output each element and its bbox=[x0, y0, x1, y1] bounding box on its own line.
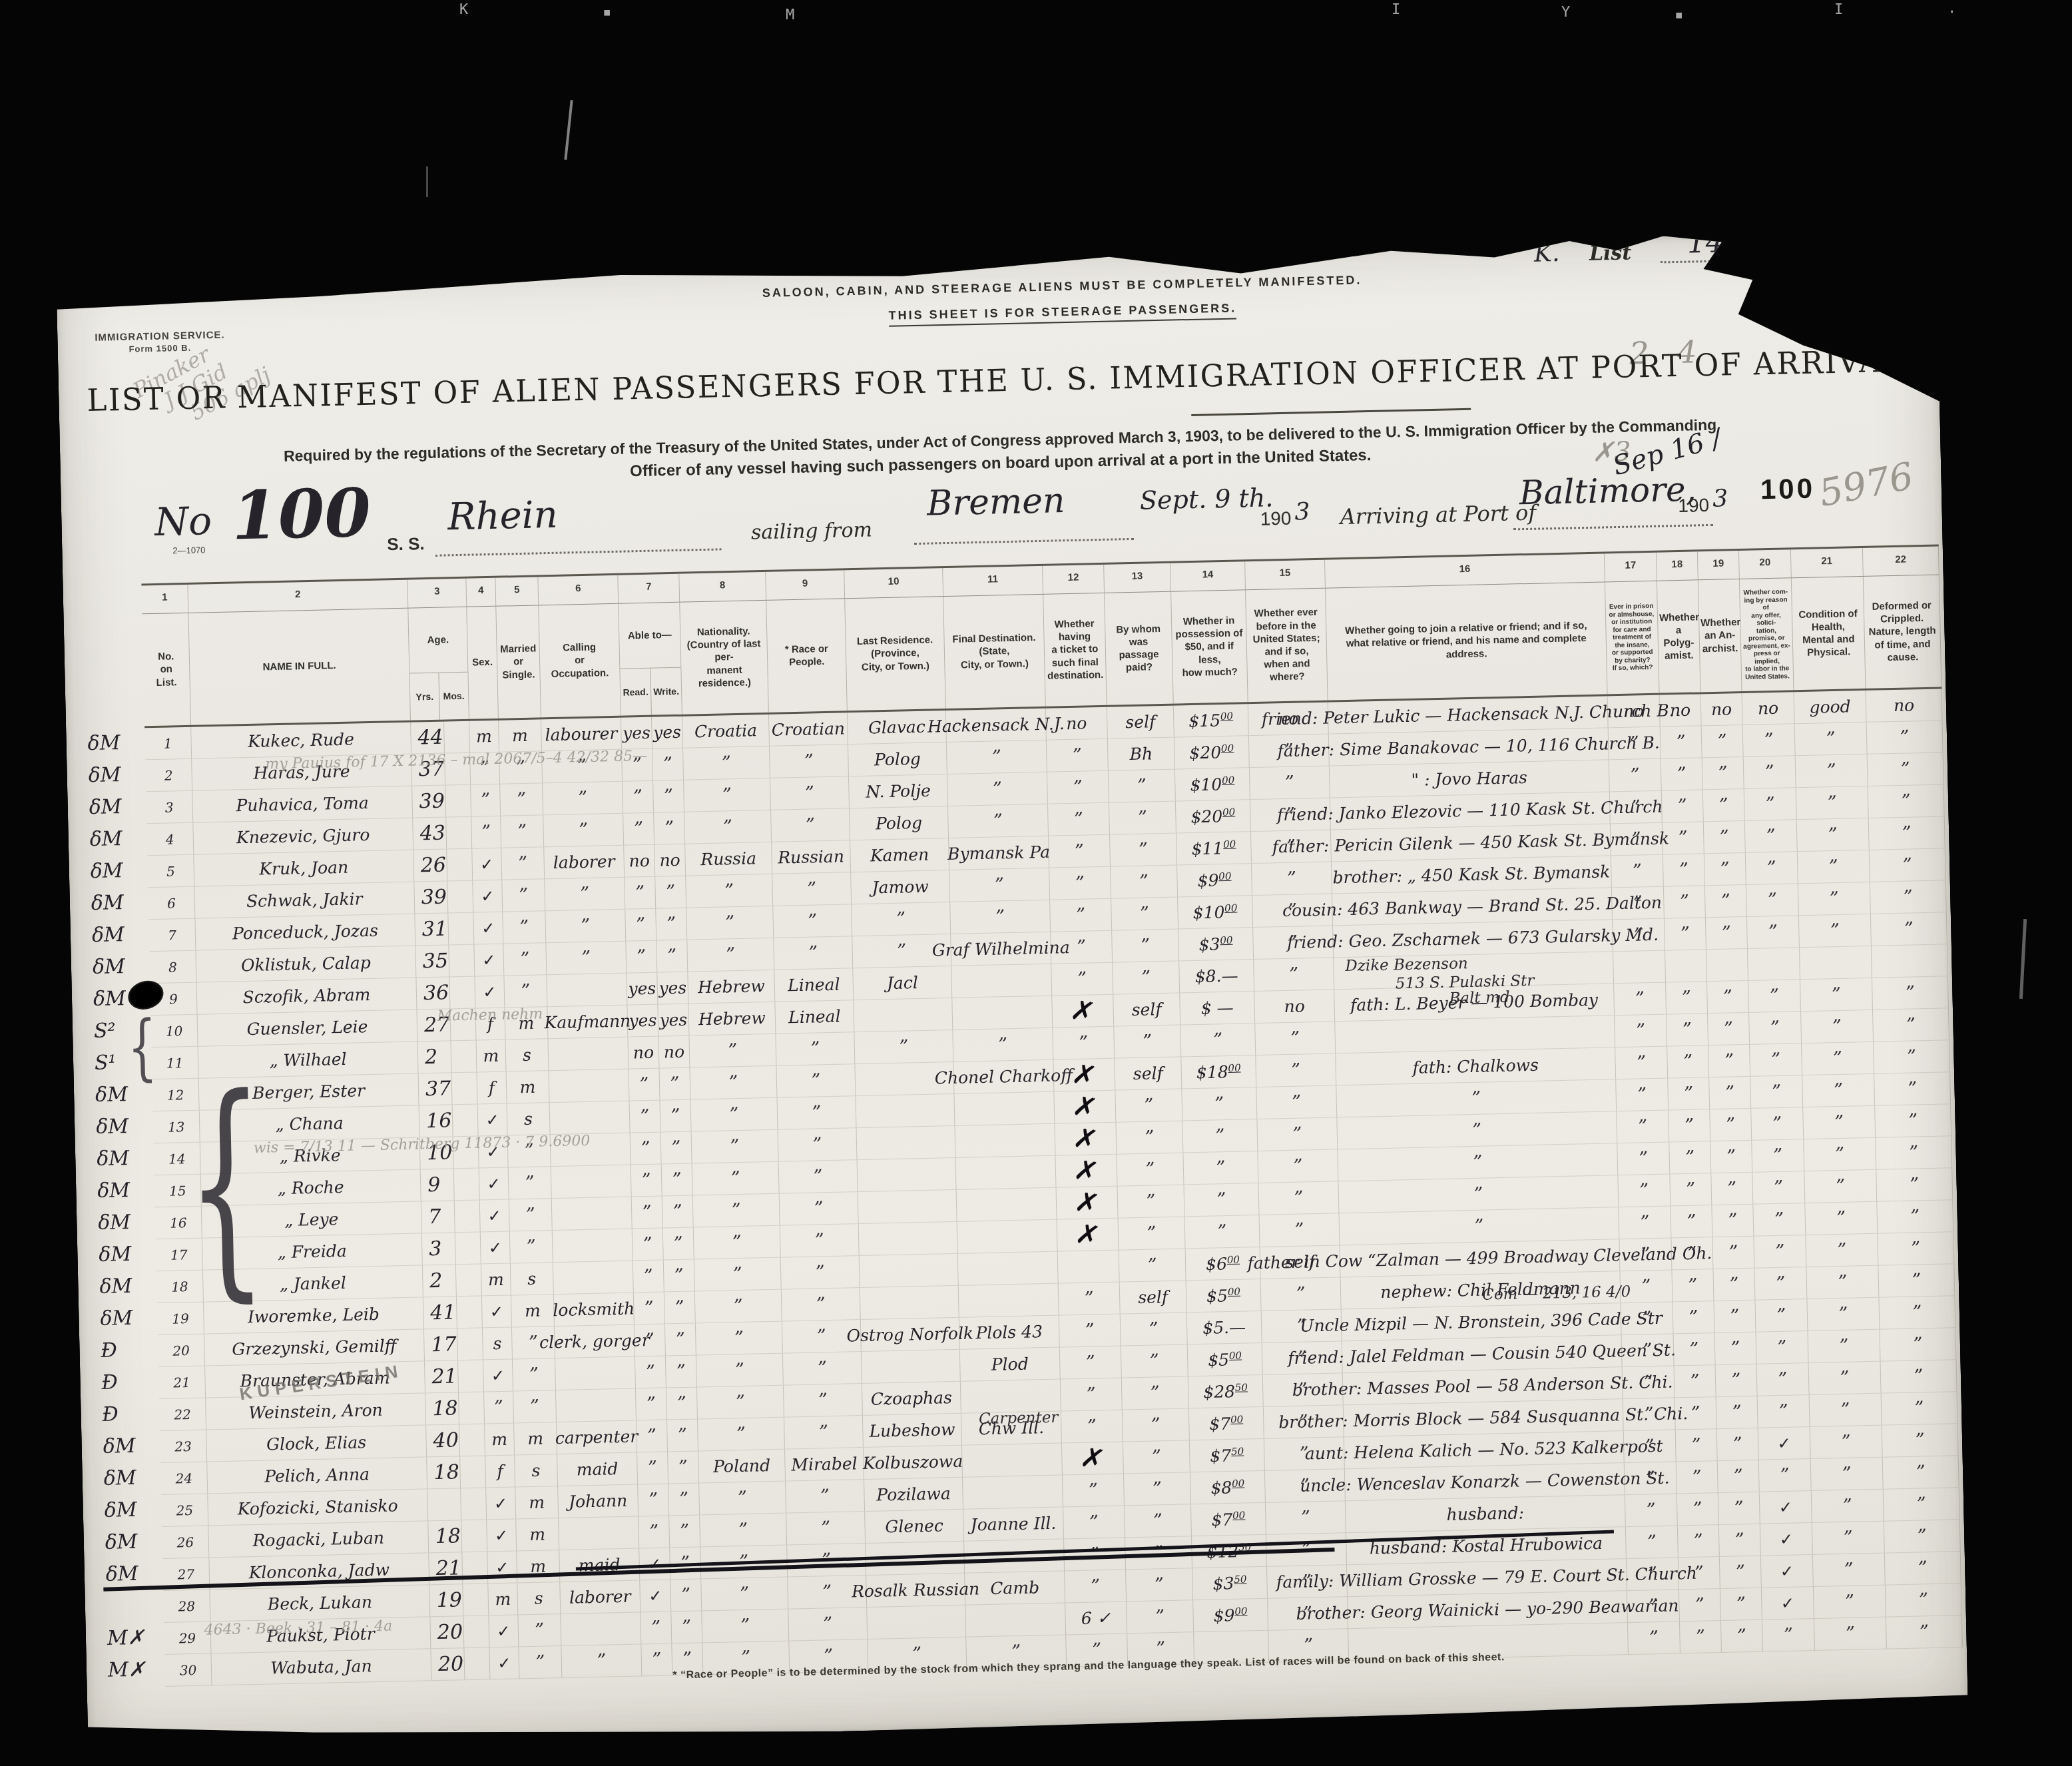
cell: ” bbox=[662, 1164, 693, 1196]
cell: Kruk, Joan bbox=[194, 850, 414, 886]
cell: ” bbox=[1878, 1264, 1955, 1297]
cell: ” bbox=[1671, 1205, 1712, 1237]
cell: ” bbox=[1122, 1376, 1189, 1409]
cell: no bbox=[624, 845, 655, 877]
column-number: 11 bbox=[943, 566, 1043, 596]
cell: ” bbox=[1123, 1440, 1190, 1473]
cell: ” bbox=[1124, 1472, 1191, 1505]
cell: Kukec, Rude bbox=[191, 723, 411, 758]
cell: Hackensack N.J. bbox=[946, 709, 1047, 742]
cell: ” bbox=[1710, 1141, 1752, 1173]
list-number-cell: 1δM bbox=[144, 727, 192, 760]
cell: $1000 bbox=[1175, 768, 1250, 800]
cell: ” bbox=[637, 1420, 668, 1452]
list-number-cell: 25δM bbox=[161, 1494, 208, 1527]
cell: ” bbox=[1611, 823, 1663, 856]
cell: ” bbox=[1180, 1024, 1256, 1056]
cell: „ Rivke bbox=[200, 1137, 421, 1173]
cell: Croatia bbox=[682, 715, 770, 748]
cell: ” bbox=[1814, 1586, 1886, 1618]
cell: ” bbox=[1612, 887, 1665, 920]
manifest-sheet: SALOON, CABIN, AND STEERAGE ALIENS MUST … bbox=[56, 230, 1968, 1747]
cell: ” bbox=[1611, 855, 1664, 888]
cell: ” bbox=[1867, 721, 1943, 753]
cell: $900 bbox=[1177, 864, 1252, 896]
cell: 6 ✓ bbox=[1065, 1602, 1127, 1634]
film-scratch bbox=[2019, 919, 2027, 999]
cell: brother: „ 450 Kask St. Bymansk bbox=[1332, 856, 1612, 893]
column-header: Married or Single. bbox=[496, 605, 541, 718]
cell: ” bbox=[545, 910, 626, 943]
cell: no bbox=[1866, 689, 1943, 721]
column-number: 14 bbox=[1170, 561, 1246, 591]
cell: „ Freida bbox=[202, 1233, 423, 1269]
cell: ✓ bbox=[481, 1232, 511, 1264]
cell: ” bbox=[1747, 916, 1800, 948]
cell: Chonel Charkoff bbox=[953, 1060, 1054, 1093]
list-number-cell: 16δM bbox=[155, 1207, 202, 1239]
cell: ” bbox=[686, 906, 774, 940]
margin-code: δM bbox=[103, 1466, 136, 1490]
film-edge-mark: K bbox=[459, 1, 468, 18]
cell: ” bbox=[1184, 1183, 1259, 1216]
cell: ” bbox=[1668, 1077, 1710, 1109]
cell: ” bbox=[1797, 818, 1870, 851]
column-header: Whether an An- archist. bbox=[1698, 579, 1742, 692]
cell: ” bbox=[1880, 1328, 1956, 1360]
cell: ” bbox=[854, 1030, 953, 1063]
list-number-cell: 5δM bbox=[147, 855, 194, 888]
cell: ” bbox=[1719, 1524, 1761, 1556]
cell: ” bbox=[1879, 1296, 1955, 1328]
cell: ” bbox=[1708, 1045, 1750, 1077]
cell: ” bbox=[1258, 1149, 1338, 1183]
cell: ” bbox=[501, 847, 545, 879]
cell: ” bbox=[470, 752, 500, 784]
cell: maid bbox=[557, 1452, 638, 1486]
column-number: 10 bbox=[844, 568, 943, 598]
cell: fath: L. Beyer — 100 Bombay bbox=[1334, 984, 1615, 1021]
cell: ” bbox=[1795, 723, 1868, 755]
cell: ” bbox=[1064, 1538, 1126, 1570]
cell: father: Sime Banakovac — 10, 116 Church … bbox=[1329, 728, 1609, 765]
cell bbox=[858, 1190, 957, 1223]
cell: 20 bbox=[430, 1616, 464, 1648]
cell bbox=[964, 1539, 1065, 1572]
cell: m bbox=[511, 1295, 555, 1326]
cell: ” bbox=[1665, 918, 1706, 950]
cell: Kofozicki, Stanisko bbox=[208, 1489, 428, 1525]
cell: brother: Morris Block — 584 Susquanna St… bbox=[1344, 1399, 1624, 1436]
cell: ” bbox=[509, 1167, 552, 1199]
cell: ” bbox=[633, 1229, 664, 1261]
cell: ” bbox=[773, 904, 852, 938]
cell: ” bbox=[1883, 1456, 1959, 1488]
cell: ✓ bbox=[1760, 1491, 1812, 1524]
cell: ” bbox=[1757, 1363, 1810, 1396]
film-edge-mark: · bbox=[1947, 4, 1956, 21]
cell bbox=[453, 1137, 479, 1169]
cell: $900 bbox=[1193, 1599, 1268, 1631]
cell: ” bbox=[669, 1515, 700, 1547]
column-number: 9 bbox=[766, 570, 845, 600]
cell: ” bbox=[1702, 725, 1744, 757]
cell: ” bbox=[1047, 771, 1109, 804]
cell: ” bbox=[1870, 848, 1946, 881]
cell: Pelich, Anna bbox=[207, 1457, 427, 1493]
cell: Ponceduck, Jozas bbox=[195, 914, 415, 950]
cell: ” bbox=[1885, 1552, 1961, 1584]
cell: 39 bbox=[412, 785, 446, 817]
cell: $5.— bbox=[1187, 1311, 1262, 1344]
cell: ” bbox=[1714, 1301, 1756, 1332]
cell bbox=[963, 1476, 1063, 1509]
cell bbox=[1335, 1016, 1615, 1053]
cell bbox=[1800, 946, 1872, 979]
cell: ” bbox=[671, 1611, 702, 1643]
cell bbox=[561, 1612, 641, 1645]
cell: ” bbox=[1748, 980, 1801, 1012]
cell: $750 bbox=[1190, 1439, 1265, 1472]
cell: f bbox=[477, 1072, 507, 1104]
cell: ” bbox=[1744, 756, 1796, 788]
cell: ” bbox=[1798, 850, 1870, 883]
margin-code: δM bbox=[93, 987, 127, 1011]
cell: 39 bbox=[414, 881, 448, 913]
cell: ” bbox=[1749, 1012, 1802, 1044]
cell: no bbox=[1046, 707, 1108, 740]
cell: ” bbox=[622, 749, 653, 781]
cell: yes bbox=[658, 1004, 689, 1036]
passenger-table: 12345678910111213141516171819202122No. o… bbox=[141, 544, 1963, 1687]
cell: ” bbox=[689, 1034, 776, 1067]
cell: Ostrog Norfolk bbox=[861, 1318, 960, 1351]
list-number-cell: 29M✗ bbox=[164, 1621, 211, 1654]
cell: s bbox=[517, 1582, 561, 1614]
cell: $2850 bbox=[1188, 1375, 1264, 1408]
list-number-cell: 8δM bbox=[149, 951, 196, 984]
cell: yes bbox=[627, 1005, 658, 1037]
cell: ” bbox=[1720, 1588, 1762, 1620]
manifest-number: 100 bbox=[231, 473, 372, 555]
cell: ” bbox=[653, 780, 684, 812]
cell: Bymansk Pa bbox=[949, 836, 1049, 870]
column-header: * Race or People. bbox=[766, 599, 848, 713]
cell bbox=[458, 1360, 484, 1392]
cell bbox=[556, 1388, 637, 1422]
cell: ” bbox=[1752, 1139, 1804, 1172]
cell: 21 bbox=[425, 1360, 459, 1392]
cell: ” bbox=[1802, 1074, 1875, 1107]
cell: nephew: Chil Feldmann bbox=[1341, 1271, 1621, 1309]
cell: ” bbox=[513, 1390, 557, 1422]
cell bbox=[965, 1603, 1066, 1636]
cell: ” bbox=[1707, 981, 1749, 1013]
cell: ” bbox=[623, 781, 654, 813]
cell: friend: Jalel Feldman — Cousin 540 Queen… bbox=[1342, 1335, 1623, 1372]
cell: ✓ bbox=[640, 1580, 671, 1612]
margin-code: M✗ bbox=[108, 1658, 146, 1682]
cell: ” bbox=[1112, 930, 1179, 962]
sailing-date: Sept. 9 th. bbox=[1140, 483, 1274, 515]
cell: $700 bbox=[1191, 1503, 1266, 1536]
cell: m bbox=[488, 1583, 518, 1615]
cell bbox=[1748, 948, 1800, 980]
cell: ” bbox=[1252, 862, 1332, 895]
year-hand2: 3 bbox=[1712, 485, 1728, 512]
cell: $350 bbox=[1192, 1567, 1268, 1600]
cell: ” bbox=[780, 1224, 860, 1257]
cell: ” bbox=[947, 772, 1048, 806]
cell: Johann bbox=[558, 1484, 639, 1518]
film-scratch bbox=[564, 100, 573, 160]
cell: „ Wilhael bbox=[198, 1041, 419, 1077]
cell: Plod bbox=[960, 1348, 1061, 1381]
cell bbox=[857, 1126, 956, 1159]
cell: ” bbox=[776, 1064, 856, 1097]
cell: ✓ bbox=[474, 944, 504, 976]
cell: ” bbox=[1676, 1429, 1718, 1461]
cell: ” bbox=[625, 909, 656, 941]
column-header: Last Residence. (Province, City, or Town… bbox=[845, 597, 946, 711]
cell: ” bbox=[670, 1547, 701, 1579]
margin-code: δM bbox=[105, 1562, 138, 1586]
list-number-cell: 22Ð bbox=[159, 1398, 206, 1431]
microfilm-frame: { "film": { "marks": ["K","▪","M","I","Y… bbox=[0, 0, 2072, 1766]
cell bbox=[454, 1169, 480, 1201]
cell: ” bbox=[509, 1199, 553, 1231]
cell: ” bbox=[1114, 1025, 1181, 1057]
cell: ” bbox=[637, 1452, 668, 1484]
cell: brother: Georg Wainicki — yo-290 Beawari… bbox=[1348, 1591, 1628, 1628]
cell: ” bbox=[1254, 958, 1334, 991]
cell: Russia bbox=[685, 842, 772, 876]
cell: 7 bbox=[421, 1201, 455, 1233]
cell: ✓ bbox=[478, 1104, 508, 1136]
cell: ” bbox=[1059, 1315, 1121, 1347]
cell: ” bbox=[1704, 821, 1746, 853]
cell: ” bbox=[694, 1258, 782, 1291]
year-hand1: 3 bbox=[1294, 498, 1310, 525]
cell: „ Leye bbox=[202, 1201, 422, 1237]
cell: Glock, Elias bbox=[206, 1425, 427, 1461]
cell: ” bbox=[1810, 1394, 1882, 1426]
margin-code: δM bbox=[104, 1498, 137, 1522]
cell: ” bbox=[1256, 1053, 1336, 1087]
cell: ” bbox=[1111, 866, 1178, 898]
cell: ✓ bbox=[475, 976, 505, 1008]
cell: ” bbox=[632, 1197, 663, 1229]
cell: brother: Masses Pool — 58 Anderson St. C… bbox=[1343, 1367, 1623, 1404]
cell: ” bbox=[1626, 1526, 1679, 1558]
column-header: By whom was passage paid? bbox=[1105, 592, 1174, 705]
cell: $300 bbox=[1178, 928, 1254, 960]
cell: ” bbox=[1674, 1333, 1716, 1365]
cell: ” bbox=[633, 1261, 664, 1293]
cell: ” bbox=[625, 877, 656, 909]
cell: " : Jovo Haras bbox=[1330, 760, 1610, 797]
column-header: Sex. bbox=[467, 607, 499, 719]
cell: ” bbox=[1876, 1168, 1953, 1201]
cell: ” bbox=[787, 1544, 866, 1577]
cell: ” bbox=[1061, 1378, 1123, 1411]
cell: ” bbox=[635, 1356, 666, 1388]
cell: ” bbox=[503, 943, 547, 975]
cell bbox=[856, 1094, 955, 1127]
cell: ” bbox=[504, 975, 547, 1007]
cell: ” bbox=[690, 1066, 777, 1099]
cell: ✗ bbox=[1052, 995, 1114, 1028]
cell: ” bbox=[1873, 1008, 1949, 1041]
cell: ” bbox=[1806, 1266, 1879, 1299]
cell bbox=[547, 974, 627, 1007]
cell: Wabuta, Jan bbox=[211, 1649, 431, 1685]
cell: ” bbox=[772, 872, 852, 906]
cell: 26 bbox=[413, 849, 447, 881]
cell bbox=[952, 996, 1053, 1030]
film-edge-mark: Y bbox=[1561, 4, 1570, 21]
cell: m bbox=[515, 1486, 559, 1518]
cell: ” bbox=[1808, 1330, 1880, 1362]
cell: ” bbox=[1063, 1506, 1125, 1538]
cell: yes bbox=[627, 973, 658, 1005]
cell: 10 bbox=[420, 1137, 454, 1169]
cell: ” bbox=[1758, 1395, 1810, 1428]
cell: ” bbox=[656, 940, 688, 972]
cell: ” bbox=[655, 876, 686, 908]
cell: m bbox=[517, 1550, 560, 1582]
margin-code: M✗ bbox=[107, 1626, 145, 1650]
cell bbox=[1872, 944, 1948, 977]
cell bbox=[866, 1542, 965, 1575]
cell: ” bbox=[782, 1288, 861, 1321]
cell: m bbox=[477, 1040, 507, 1072]
cell: ” bbox=[471, 784, 501, 816]
cell: ” bbox=[1753, 1203, 1806, 1236]
cell: ” bbox=[1804, 1138, 1876, 1171]
cell: ” bbox=[1800, 978, 1873, 1011]
cell: ” bbox=[697, 1386, 784, 1419]
cell: ” bbox=[668, 1451, 699, 1483]
cell: ” bbox=[1661, 726, 1702, 758]
cell: ” bbox=[484, 1391, 514, 1423]
cell: husband: bbox=[1346, 1495, 1626, 1532]
cell bbox=[555, 1356, 636, 1390]
cell: ” bbox=[1811, 1458, 1884, 1490]
margin-code: δM bbox=[92, 923, 125, 947]
cell: Glenec bbox=[865, 1510, 964, 1543]
cell: ” bbox=[1709, 1077, 1751, 1109]
cell: ” bbox=[1796, 754, 1868, 787]
cell: ” bbox=[654, 812, 685, 844]
cell bbox=[552, 1197, 633, 1231]
cell: ” bbox=[1796, 786, 1869, 819]
cell: ” bbox=[1746, 852, 1798, 884]
column-number: 8 bbox=[679, 572, 766, 602]
cell: ” bbox=[696, 1322, 783, 1355]
port-of-arrival: Baltimore, bbox=[1519, 469, 1696, 512]
cell bbox=[449, 977, 475, 1009]
column-header: Calling or Occupation. bbox=[539, 604, 621, 718]
margin-code: δM bbox=[88, 763, 121, 787]
cell: ” bbox=[471, 816, 501, 848]
list-number-cell: 19δM bbox=[157, 1303, 204, 1335]
cell: ” bbox=[666, 1387, 698, 1419]
cell: f bbox=[475, 1008, 505, 1040]
cell: 35 bbox=[415, 945, 449, 977]
cell: no bbox=[1701, 693, 1743, 725]
cell: ” bbox=[1708, 1013, 1750, 1045]
cell: ” bbox=[1751, 1107, 1804, 1140]
cell: ” bbox=[1620, 1270, 1673, 1303]
margin-code: δM bbox=[91, 891, 124, 915]
year-print2: 190 bbox=[1678, 495, 1709, 517]
cell: ” bbox=[947, 740, 1047, 774]
cell: ” bbox=[1710, 1109, 1752, 1141]
cell: Lineal bbox=[775, 1000, 854, 1033]
cell: ” bbox=[510, 1231, 553, 1263]
cell: $1100 bbox=[1176, 832, 1252, 864]
cell: 21 bbox=[429, 1552, 463, 1584]
cell: ” bbox=[1255, 1022, 1336, 1055]
cell: ” bbox=[692, 1130, 779, 1163]
cell: ✓ bbox=[489, 1615, 519, 1647]
cell: ” bbox=[1704, 853, 1746, 885]
cell: s bbox=[507, 1103, 551, 1135]
cell: ” bbox=[1715, 1332, 1757, 1364]
cell bbox=[550, 1101, 631, 1135]
cell: ” bbox=[641, 1643, 672, 1675]
cell: Chw Ill. bbox=[961, 1412, 1062, 1445]
cell: ” bbox=[1049, 835, 1111, 868]
cell: ” bbox=[953, 1028, 1053, 1061]
cell: ” bbox=[1061, 1410, 1123, 1443]
cell: ” bbox=[1886, 1584, 1962, 1616]
cell: ” bbox=[1663, 854, 1705, 886]
cell: m bbox=[481, 1264, 511, 1296]
cell: Kaufmann bbox=[547, 1006, 628, 1039]
cell: ” bbox=[664, 1291, 696, 1323]
cell: ” bbox=[1123, 1408, 1190, 1441]
cell bbox=[446, 817, 472, 849]
cell: 19 bbox=[429, 1584, 463, 1616]
cell: 2 bbox=[418, 1041, 452, 1073]
cell bbox=[445, 753, 471, 785]
cell: ” bbox=[1060, 1346, 1122, 1379]
cell: 18 bbox=[428, 1520, 462, 1552]
cell: ” bbox=[1675, 1365, 1716, 1397]
cell: ” bbox=[687, 938, 774, 972]
cell: ” bbox=[1679, 1589, 1721, 1621]
cell: m bbox=[507, 1071, 550, 1103]
no-label: No bbox=[154, 498, 212, 545]
cell: ” bbox=[1711, 1173, 1753, 1205]
cell: ” bbox=[1623, 1366, 1675, 1398]
cell: ” bbox=[670, 1579, 702, 1611]
cell: Joanne Ill. bbox=[963, 1508, 1064, 1541]
cell bbox=[457, 1296, 483, 1328]
cell: ” bbox=[1125, 1504, 1192, 1537]
cell: ✗ bbox=[1062, 1442, 1124, 1475]
cell: ” bbox=[638, 1484, 669, 1516]
cell: 2 bbox=[423, 1265, 457, 1297]
cell: $ — bbox=[1180, 992, 1255, 1024]
cell: ” bbox=[776, 1032, 855, 1065]
cell: locksmith bbox=[554, 1293, 635, 1326]
cell: aunt: Helena Kalich — No. 523 Kalkerpost bbox=[1344, 1431, 1625, 1468]
cell: ✓ bbox=[1760, 1523, 1813, 1556]
cell: husband: Kostal Hrubowica bbox=[1346, 1527, 1627, 1564]
